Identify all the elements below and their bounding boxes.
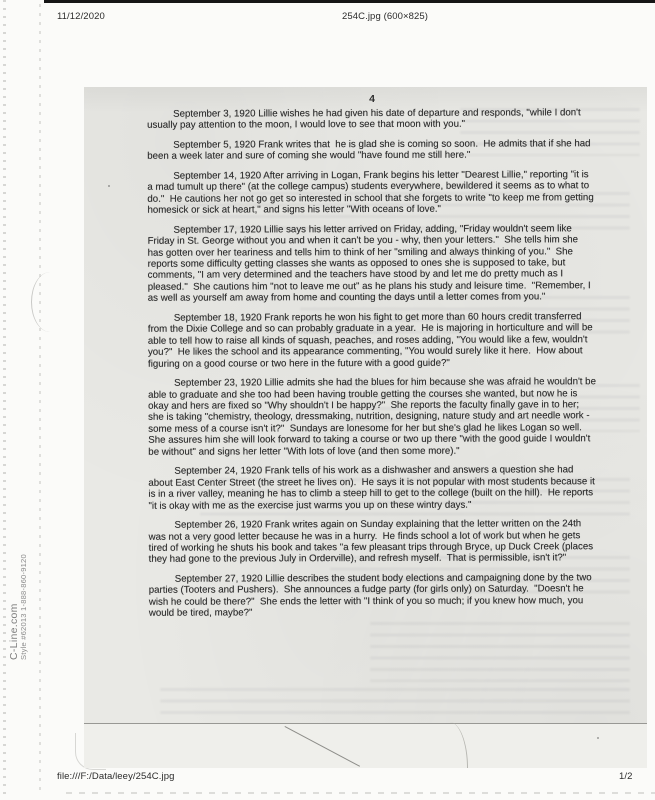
bleed-through: [370, 622, 630, 682]
sleeve-perforation-bottom: [66, 792, 655, 794]
print-header-date: 11/12/2020: [57, 11, 105, 22]
document-paragraph: September 24, 1920 Frank tells of his wo…: [148, 464, 596, 511]
scanned-document: 4 September 3, 1920 Lillie wishes he had…: [84, 87, 647, 768]
document-paragraph: September 5, 1920 Frank writes that he i…: [147, 138, 595, 162]
scan-lower-strip: [84, 724, 647, 768]
document-paragraph: September 26, 1920 Frank writes again on…: [149, 518, 597, 565]
print-header-title: 254C.jpg (600×825): [342, 11, 428, 22]
document-paragraph: September 3, 1920 Lillie wishes he had g…: [147, 107, 595, 131]
scanner-edge-artifact: [44, 0, 655, 3]
fold-line: [84, 723, 647, 724]
document-paragraph: September 14, 1920 After arriving in Log…: [147, 169, 595, 216]
print-footer-url: file:///F:/Data/leey/254C.jpg: [57, 771, 174, 782]
scan-speck: [597, 737, 599, 739]
sleeve-style-number: Style #62013 1-888-860-9120: [20, 508, 29, 660]
sleeve-edge-line: [39, 4, 41, 796]
scan-speck: [108, 185, 110, 187]
document-page-number: 4: [148, 93, 596, 105]
document-paragraph: September 27, 1920 Lillie describes the …: [149, 572, 597, 619]
sleeve-corner-arc: [31, 272, 54, 332]
sleeve-brand-text: C-Line.com Style #62013 1-888-860-9120: [8, 508, 29, 660]
print-footer-page-indicator: 1/2: [619, 771, 633, 782]
bleed-through: [160, 688, 630, 718]
sleeve-perforation-left: [3, 0, 6, 800]
document-body: September 3, 1920 Lillie wishes he had g…: [147, 107, 597, 627]
document-paragraph: September 17, 1920 Lillie says his lette…: [147, 223, 595, 305]
document-paragraph: September 18, 1920 Frank reports he won …: [148, 311, 596, 370]
document-paragraph: September 23, 1920 Lillie admits she had…: [148, 376, 596, 458]
